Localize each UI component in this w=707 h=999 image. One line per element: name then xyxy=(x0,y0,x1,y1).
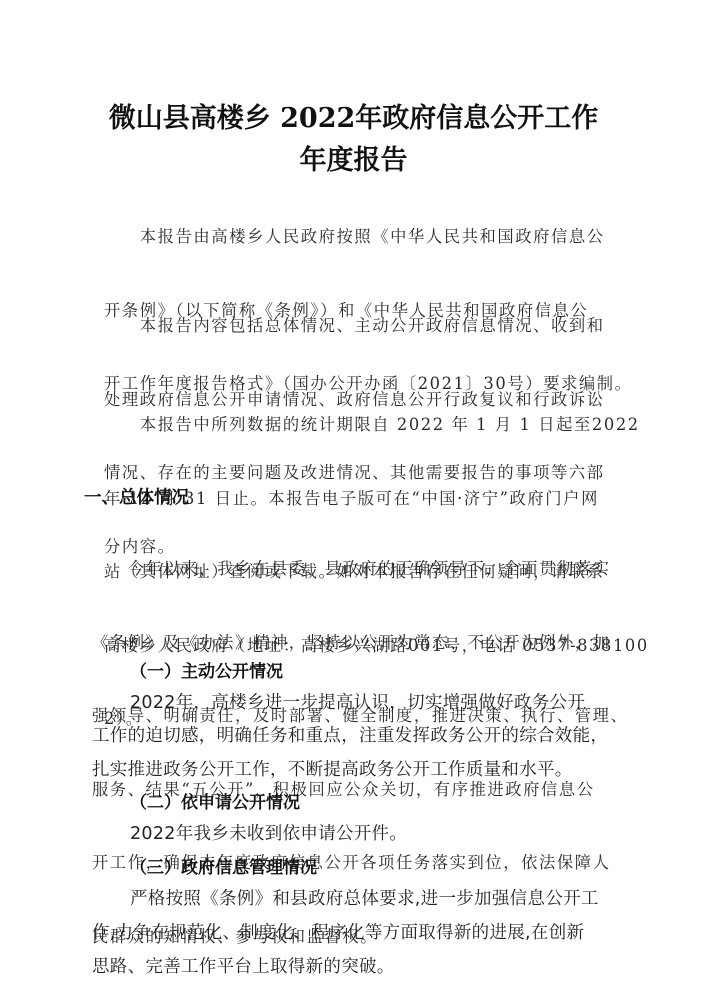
subsection-3-line-3: 思路、完善工作平台上取得新的突破。 xyxy=(92,953,395,978)
text-line: 本报告内容包括总体情况、主动公开政府信息情况、收到和 xyxy=(104,314,605,339)
subsection-1-heading: （一）主动公开情况 xyxy=(130,657,283,682)
subsection-1-line-2: 工作的迫切感，明确任务和重点，注重发挥政务公开的综合效能， xyxy=(92,722,608,747)
text-line: 《条例》及《办法》精神，坚持以公开为常态、不公开为例外，加 xyxy=(92,631,628,656)
document-title-line-1: 微山县高楼乡 2022年政府信息公开工作 xyxy=(0,96,707,135)
document-page: 微山县高楼乡 2022年政府信息公开工作 年度报告 本报告由高楼乡人民政府按照《… xyxy=(0,0,707,999)
section-1-heading: 一、总体情况 xyxy=(84,484,189,509)
subsection-3-line-1: 严格按照《条例》和县政府总体要求,进一步加强信息公开工 xyxy=(130,885,599,910)
text-line: 本报告由高楼乡人民政府按照《中华人民共和国政府信息公 xyxy=(104,225,633,250)
subsection-2-line-1: 2022年我乡未收到依申请公开件。 xyxy=(130,820,407,845)
subsection-2-heading: （二）依申请公开情况 xyxy=(130,788,300,813)
subsection-1-line-3: 扎实推进政务公开工作，不断提高政务公开工作质量和水平。 xyxy=(92,756,573,781)
subsection-3-line-2: 作,力争在规范化、制度化、程序化等方面取得新的进展,在创新 xyxy=(92,919,584,944)
subsection-1-line-1: 2022年，高楼乡进一步提高认识，切实增强做好政务公开 xyxy=(130,689,585,714)
document-title-line-2: 年度报告 xyxy=(0,138,707,177)
text-line: 本报告中所列数据的统计期限自 2022 年 1 月 1 日起至2022 xyxy=(104,413,649,438)
text-line: 今年以来，我乡在县委、县政府的正确领导下，全面贯彻落实 xyxy=(92,557,628,582)
subsection-3-heading: （三）政府信息管理情况 xyxy=(130,853,317,878)
